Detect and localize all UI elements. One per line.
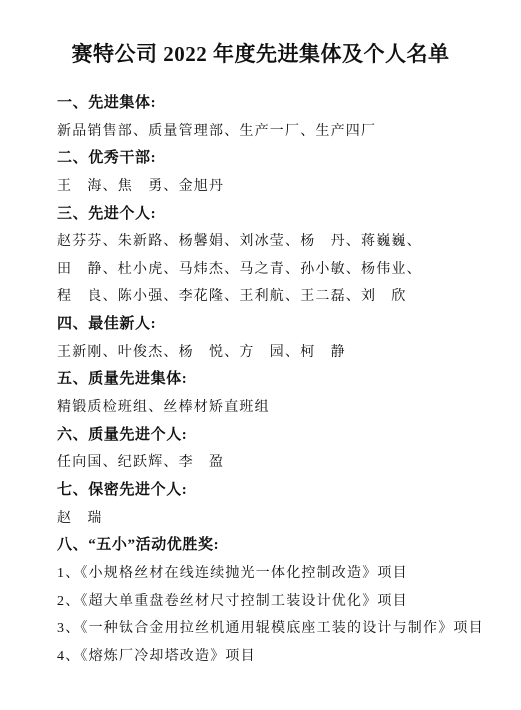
section-heading-3: 三、先进个人: [57,201,481,229]
section-heading-4: 四、最佳新人: [57,311,481,339]
section-heading-1: 一、先进集体: [57,90,481,118]
section-heading-8: 八、“五小”活动优胜奖: [57,532,481,560]
section-heading-7: 七、保密先进个人: [57,477,481,505]
section-8-line-3: 3、《一种钛合金用拉丝机通用辊模底座工装的设计与制作》项目 [57,615,481,643]
section-6-line-1: 任向国、纪跃辉、李 盈 [57,449,481,477]
section-2-line-1: 王 海、焦 勇、金旭丹 [57,173,481,201]
section-8-line-1: 1、《小规格丝材在线连续抛光一体化控制改造》项目 [57,560,481,588]
section-8-line-2: 2、《超大单重盘卷丝材尺寸控制工装设计优化》项目 [57,588,481,616]
section-3-line-2: 田 静、杜小虎、马炜杰、马之青、孙小敏、杨伟业、 [57,256,481,284]
section-5-line-1: 精锻质检班组、丝棒材矫直班组 [57,394,481,422]
document-title: 赛特公司 2022 年度先进集体及个人名单 [0,38,521,68]
section-heading-6: 六、质量先进个人: [57,422,481,450]
section-heading-2: 二、优秀干部: [57,145,481,173]
document-page: 赛特公司 2022 年度先进集体及个人名单 一、先进集体:新品销售部、质量管理部… [0,0,521,710]
section-3-line-1: 赵芬芬、朱新路、杨馨娟、刘冰莹、杨 丹、蒋巍巍、 [57,228,481,256]
section-7-line-1: 赵 瑞 [57,505,481,533]
section-3-line-3: 程 良、陈小强、李花隆、王利航、王二磊、刘 欣 [57,283,481,311]
section-heading-5: 五、质量先进集体: [57,366,481,394]
document-body: 一、先进集体:新品销售部、质量管理部、生产一厂、生产四厂二、优秀干部:王 海、焦… [57,90,481,670]
section-4-line-1: 王新刚、叶俊杰、杨 悦、方 园、柯 静 [57,339,481,367]
section-8-line-4: 4、《熔炼厂冷却塔改造》项目 [57,643,481,671]
section-1-line-1: 新品销售部、质量管理部、生产一厂、生产四厂 [57,118,481,146]
